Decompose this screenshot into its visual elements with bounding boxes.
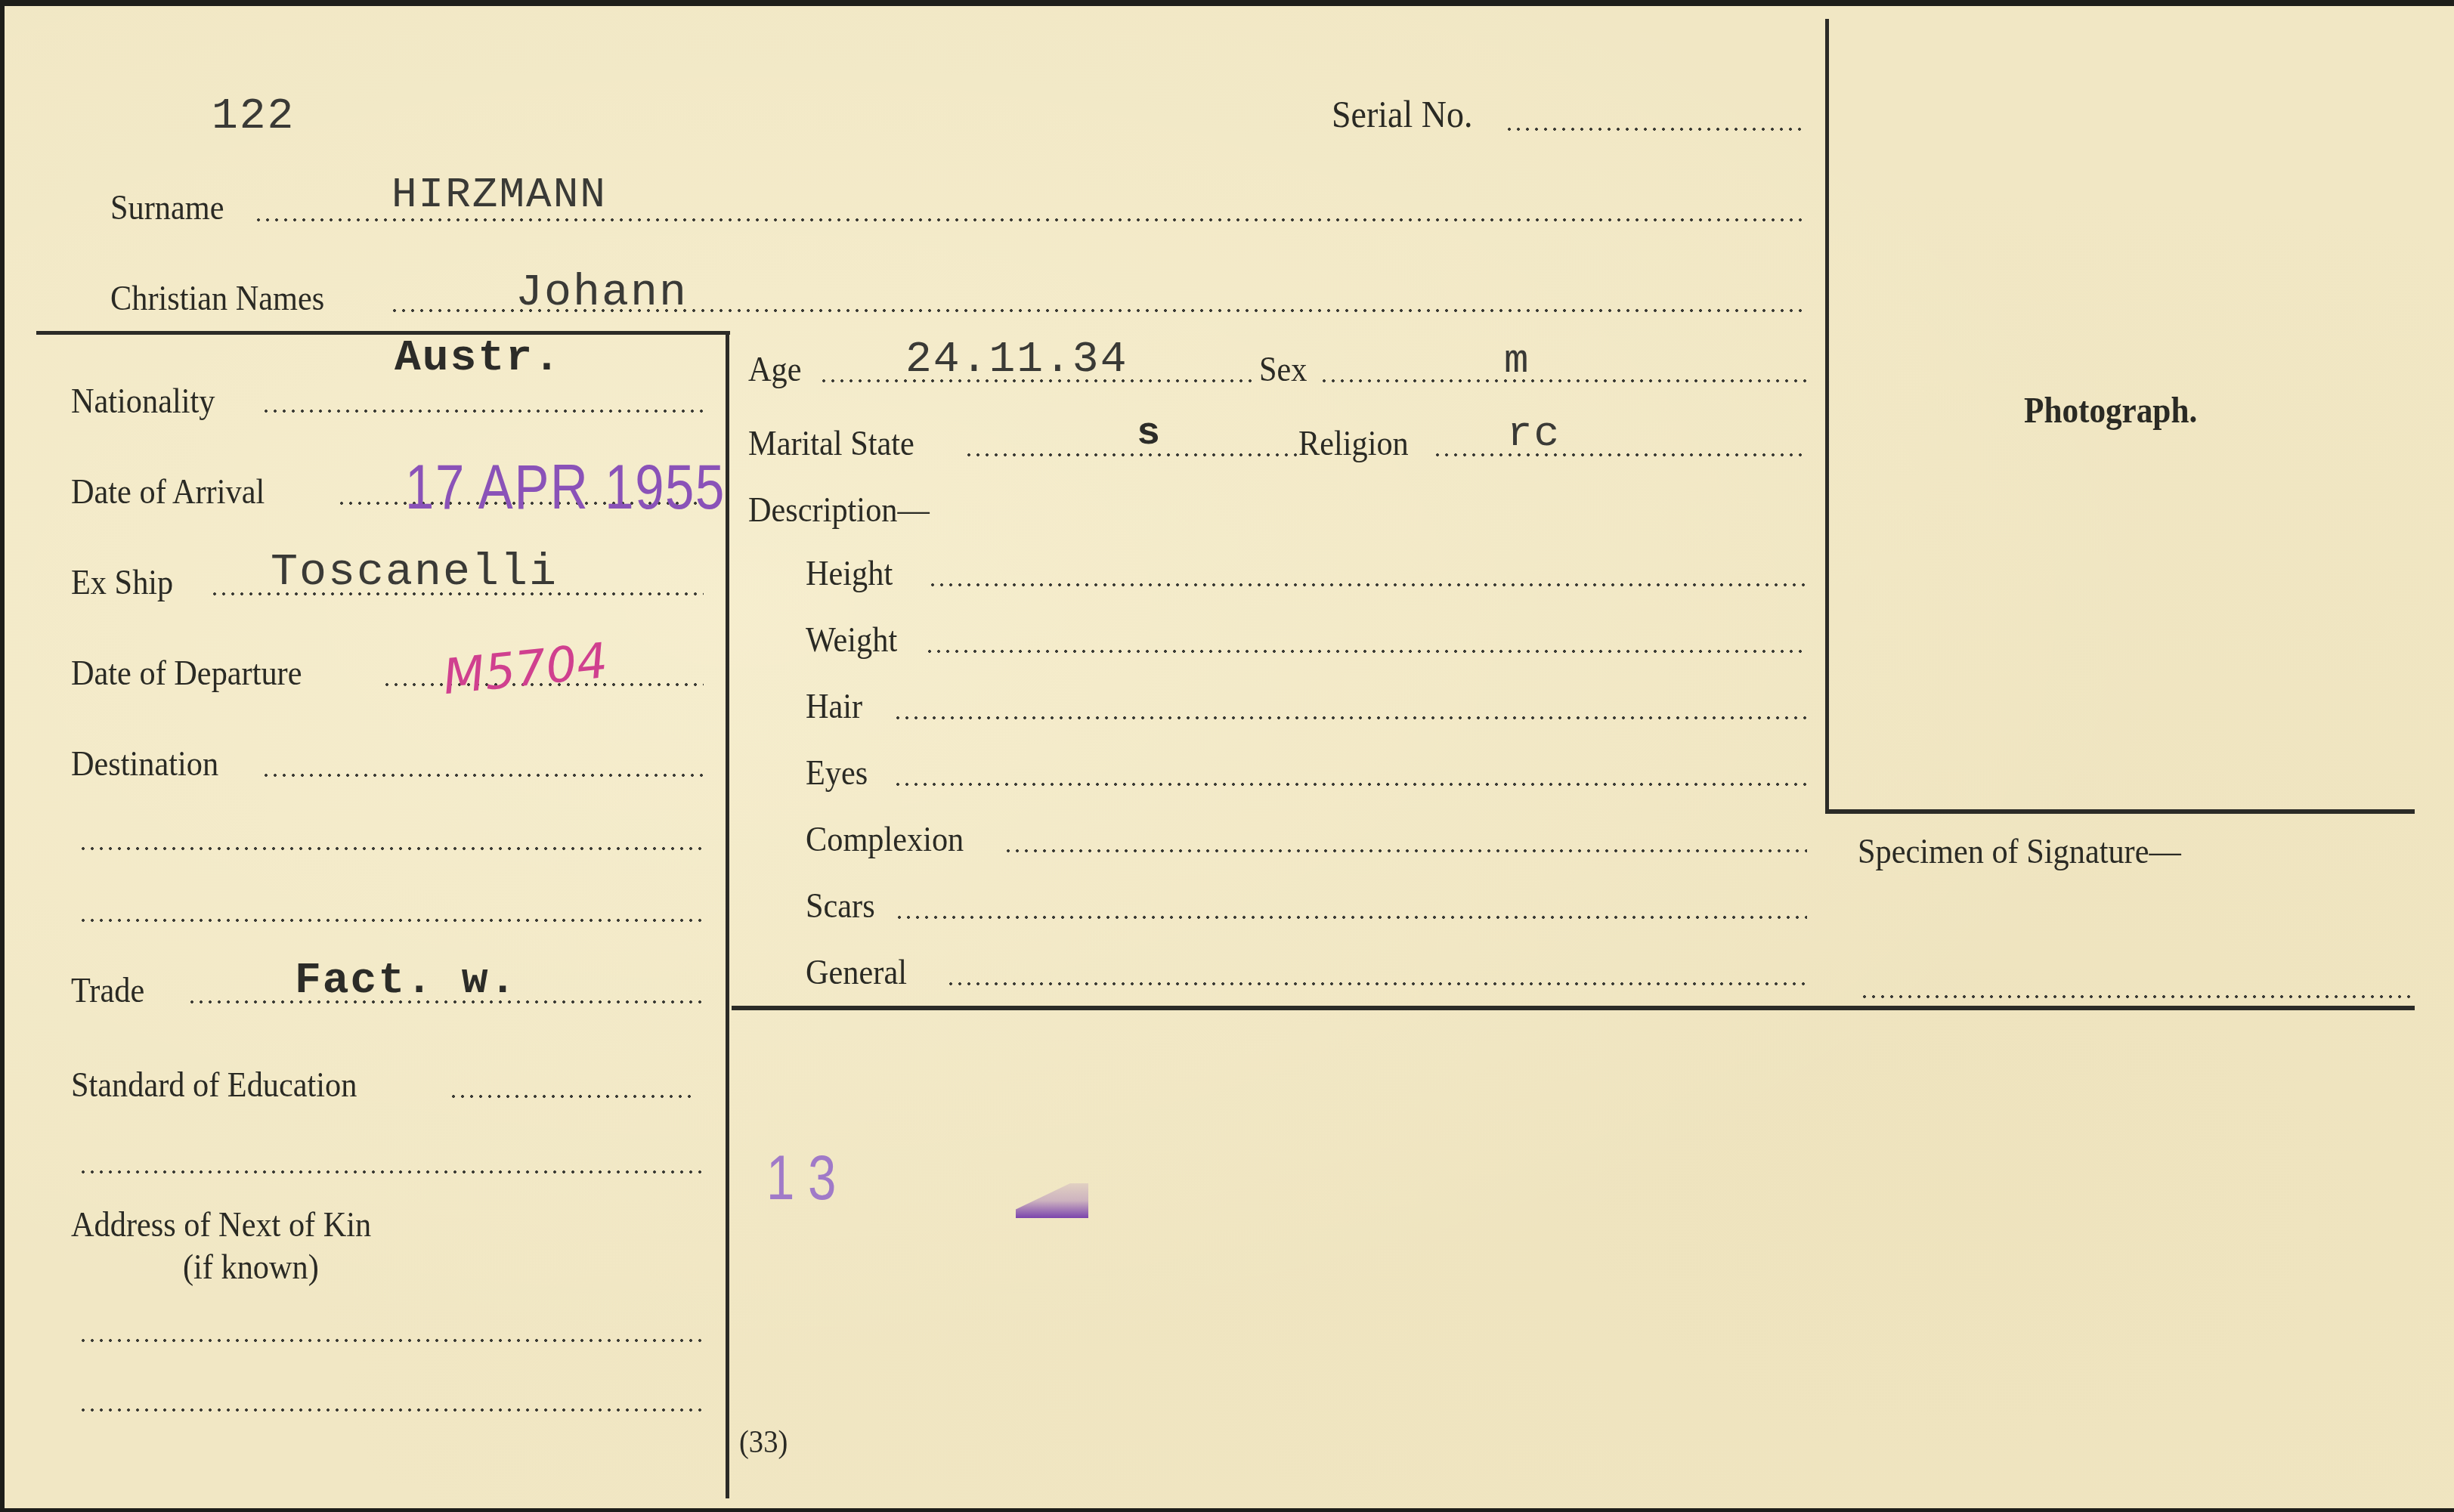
age-label: Age bbox=[748, 352, 802, 387]
religion-label: Religion bbox=[1298, 426, 1409, 461]
christian-names-value: Johann bbox=[515, 271, 688, 316]
height-field[interactable] bbox=[928, 583, 1807, 587]
trade-value: Fact. w. bbox=[295, 960, 517, 1003]
sex-label: Sex bbox=[1259, 352, 1307, 387]
destination-field-line-3[interactable] bbox=[79, 918, 704, 923]
standard-of-education-field[interactable] bbox=[449, 1094, 695, 1099]
scars-label: Scars bbox=[806, 889, 875, 923]
form-code: (33) bbox=[739, 1427, 788, 1458]
purple-ink-mark bbox=[1016, 1183, 1088, 1218]
description-bottom-rule bbox=[732, 1006, 2415, 1010]
card-number: 122 bbox=[212, 95, 295, 139]
left-box-top-rule bbox=[36, 331, 730, 335]
destination-field[interactable] bbox=[261, 773, 704, 778]
signature-label: Specimen of Signature— bbox=[1858, 834, 2181, 869]
destination-label: Destination bbox=[71, 747, 218, 781]
eyes-field[interactable] bbox=[893, 782, 1807, 787]
serial-no-label: Serial No. bbox=[1332, 95, 1473, 133]
weight-label: Weight bbox=[806, 623, 897, 657]
standard-of-education-field-line-2[interactable] bbox=[79, 1170, 704, 1174]
next-of-kin-field-line-1[interactable] bbox=[79, 1338, 704, 1343]
destination-field-line-2[interactable] bbox=[79, 846, 704, 851]
complexion-label: Complexion bbox=[806, 822, 964, 857]
ex-ship-value: Toscanelli bbox=[271, 550, 558, 595]
standard-of-education-label: Standard of Education bbox=[71, 1068, 357, 1102]
next-of-kin-field-line-2[interactable] bbox=[79, 1408, 704, 1412]
nationality-field[interactable] bbox=[261, 409, 704, 413]
column-divider bbox=[726, 331, 729, 1498]
registration-card: 122 Serial No. Surname HIRZMANN Christia… bbox=[5, 6, 2454, 1508]
general-field[interactable] bbox=[946, 982, 1807, 986]
date-of-arrival-label: Date of Arrival bbox=[71, 475, 265, 509]
sex-value: m bbox=[1504, 342, 1530, 382]
marital-state-value: s bbox=[1137, 414, 1162, 453]
date-of-departure-label: Date of Departure bbox=[71, 656, 302, 691]
weight-field[interactable] bbox=[925, 649, 1807, 654]
religion-value: rc bbox=[1507, 413, 1561, 455]
photo-box-bottom-rule bbox=[1825, 809, 2415, 814]
marital-state-field[interactable] bbox=[964, 453, 1297, 457]
sex-field[interactable] bbox=[1320, 379, 1807, 383]
next-of-kin-label: Address of Next of Kin bbox=[71, 1207, 371, 1242]
christian-names-label: Christian Names bbox=[110, 281, 324, 316]
complexion-field[interactable] bbox=[1004, 849, 1807, 853]
religion-field[interactable] bbox=[1433, 453, 1807, 457]
hair-label: Hair bbox=[806, 689, 862, 724]
marital-state-label: Marital State bbox=[748, 426, 914, 461]
description-heading: Description— bbox=[748, 493, 930, 527]
arrival-date-stamp: 17 APR 1955 bbox=[405, 455, 726, 518]
scars-field[interactable] bbox=[895, 915, 1807, 920]
numeric-stamp: 13 bbox=[766, 1146, 849, 1209]
surname-value: HIRZMANN bbox=[391, 174, 607, 216]
photograph-area bbox=[1834, 23, 2415, 809]
hair-field[interactable] bbox=[893, 716, 1807, 720]
photo-box-left-rule bbox=[1825, 19, 1829, 812]
nationality-label: Nationality bbox=[71, 384, 215, 419]
nationality-value: Austr. bbox=[395, 337, 562, 381]
age-value: 24.11.34 bbox=[905, 339, 1128, 382]
general-label: General bbox=[806, 955, 907, 990]
height-label: Height bbox=[806, 556, 893, 591]
ex-ship-label: Ex Ship bbox=[71, 565, 173, 600]
eyes-label: Eyes bbox=[806, 756, 868, 790]
next-of-kin-sublabel: (if known) bbox=[183, 1250, 319, 1285]
signature-field[interactable] bbox=[1860, 994, 2415, 999]
surname-label: Surname bbox=[110, 190, 224, 225]
departure-pencil-note: M5704 bbox=[441, 637, 610, 702]
serial-no-field[interactable] bbox=[1505, 127, 1807, 131]
trade-label: Trade bbox=[71, 973, 144, 1008]
